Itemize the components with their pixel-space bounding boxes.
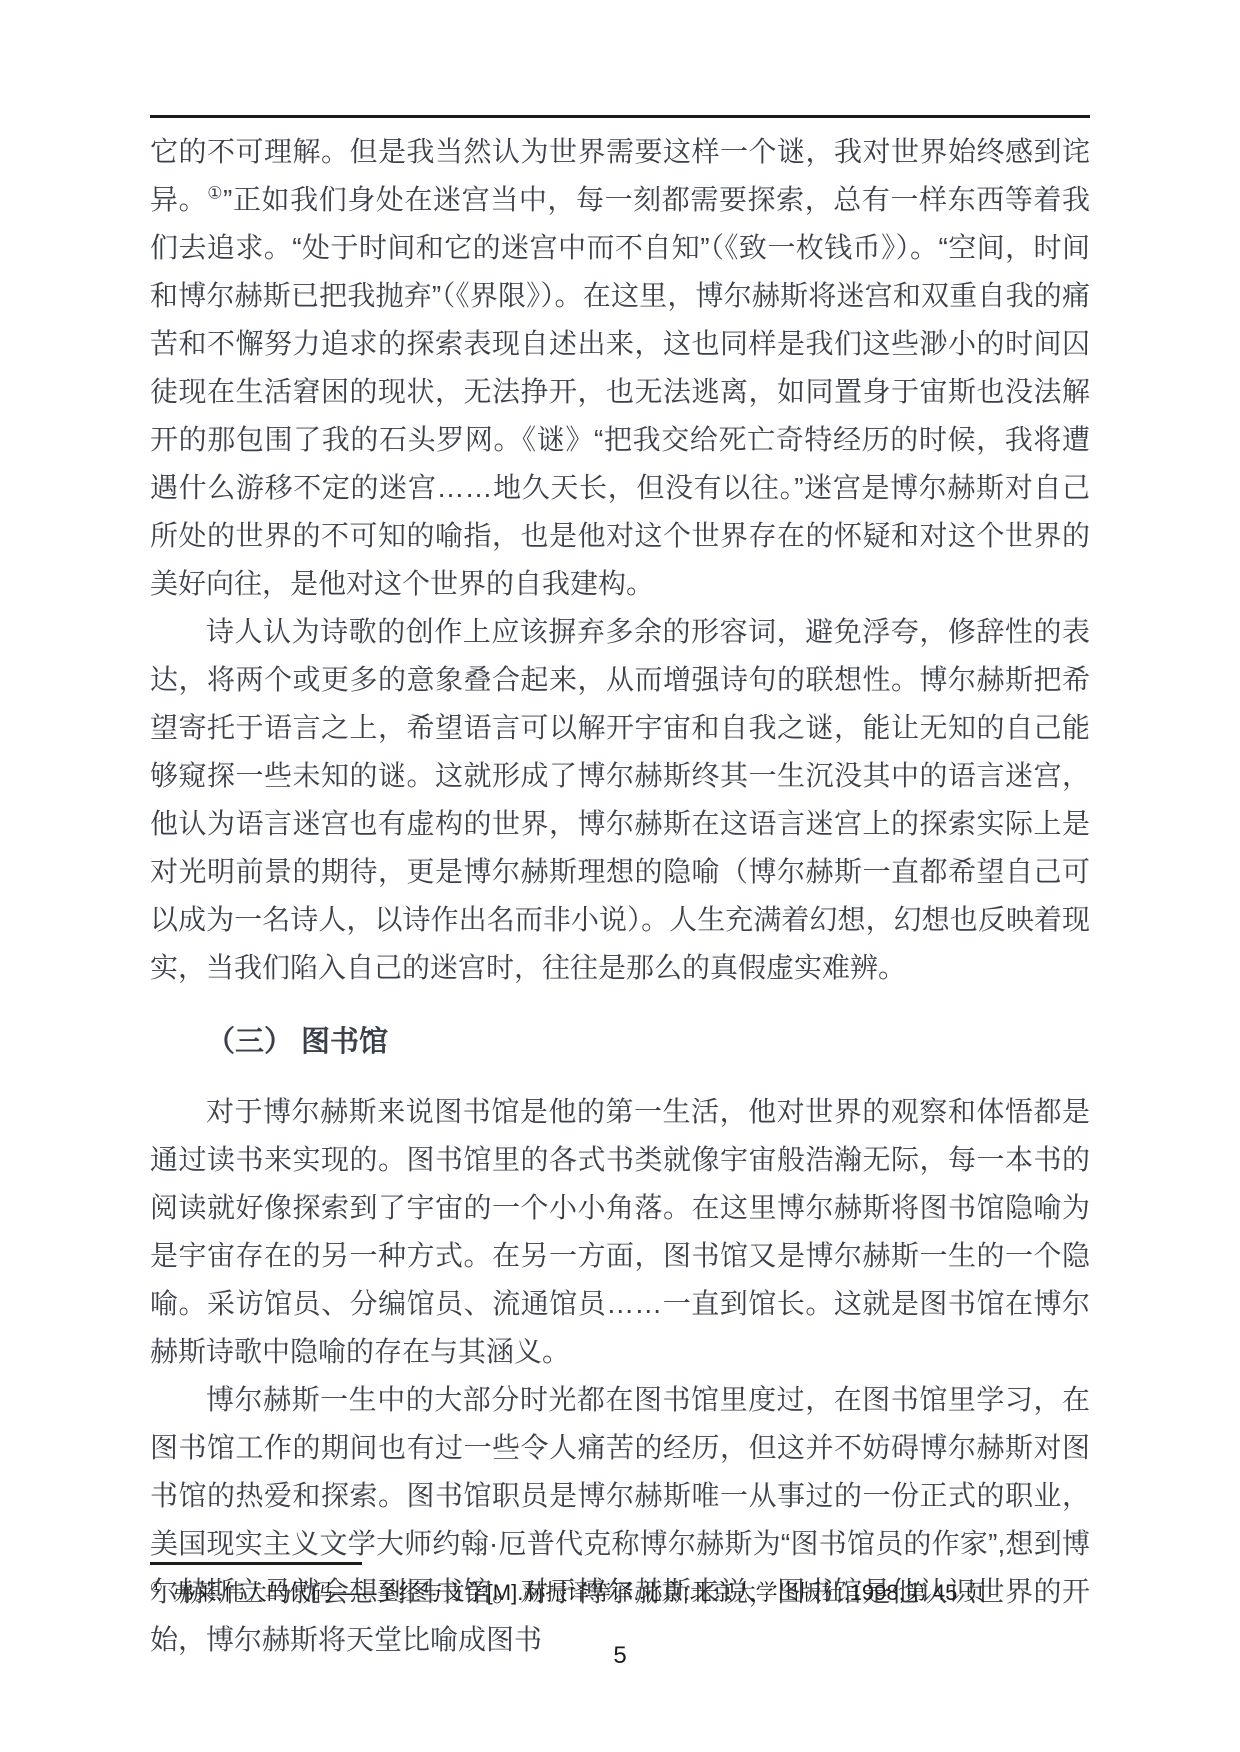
page-number: 5 — [0, 1642, 1240, 1670]
footnote-marker: ① — [150, 1579, 163, 1595]
paragraph-1: 它的不可理解。但是我当然认为世界需要这样一个谜，我对世界始终感到诧异。①”正如我… — [150, 128, 1090, 608]
paragraph-4: 博尔赫斯一生中的大部分时光都在图书馆里度过，在图书馆里学习，在图书馆工作的期间也… — [150, 1376, 1090, 1664]
footnote-reference-mark: ① — [207, 184, 223, 203]
paragraph-3: 对于博尔赫斯来说图书馆是他的第一生活，他对世界的观察和体悟都是通过读书来实现的。… — [150, 1088, 1090, 1376]
section-heading: （三） 图书馆 — [150, 1018, 1090, 1066]
paragraph-2: 诗人认为诗歌的创作上应该摒弃多余的形容词，避免浮夸，修辞性的表达，将两个或更多的… — [150, 608, 1090, 992]
footnote-text: 弗莱.伟大的代码——圣经与文学[M].赫振译等译.北京:北京大学出版社.1998… — [173, 1580, 986, 1605]
page-content: 它的不可理解。但是我当然认为世界需要这样一个谜，我对世界始终感到诧异。①”正如我… — [150, 128, 1090, 1664]
document-page: 它的不可理解。但是我当然认为世界需要这样一个谜，我对世界始终感到诧异。①”正如我… — [0, 0, 1240, 1752]
paragraph-1-text-after-ref: ”正如我们身处在迷宫当中，每一刻都需要探索，总有一样东西等着我们去追求。“处于时… — [150, 184, 1090, 599]
footnote: ①弗莱.伟大的代码——圣经与文学[M].赫振译等译.北京:北京大学出版社.199… — [150, 1578, 1090, 1608]
footnote-separator — [150, 1562, 362, 1565]
header-rule — [150, 115, 1090, 118]
footnote-area: ①弗莱.伟大的代码——圣经与文学[M].赫振译等译.北京:北京大学出版社.199… — [150, 1562, 1090, 1608]
